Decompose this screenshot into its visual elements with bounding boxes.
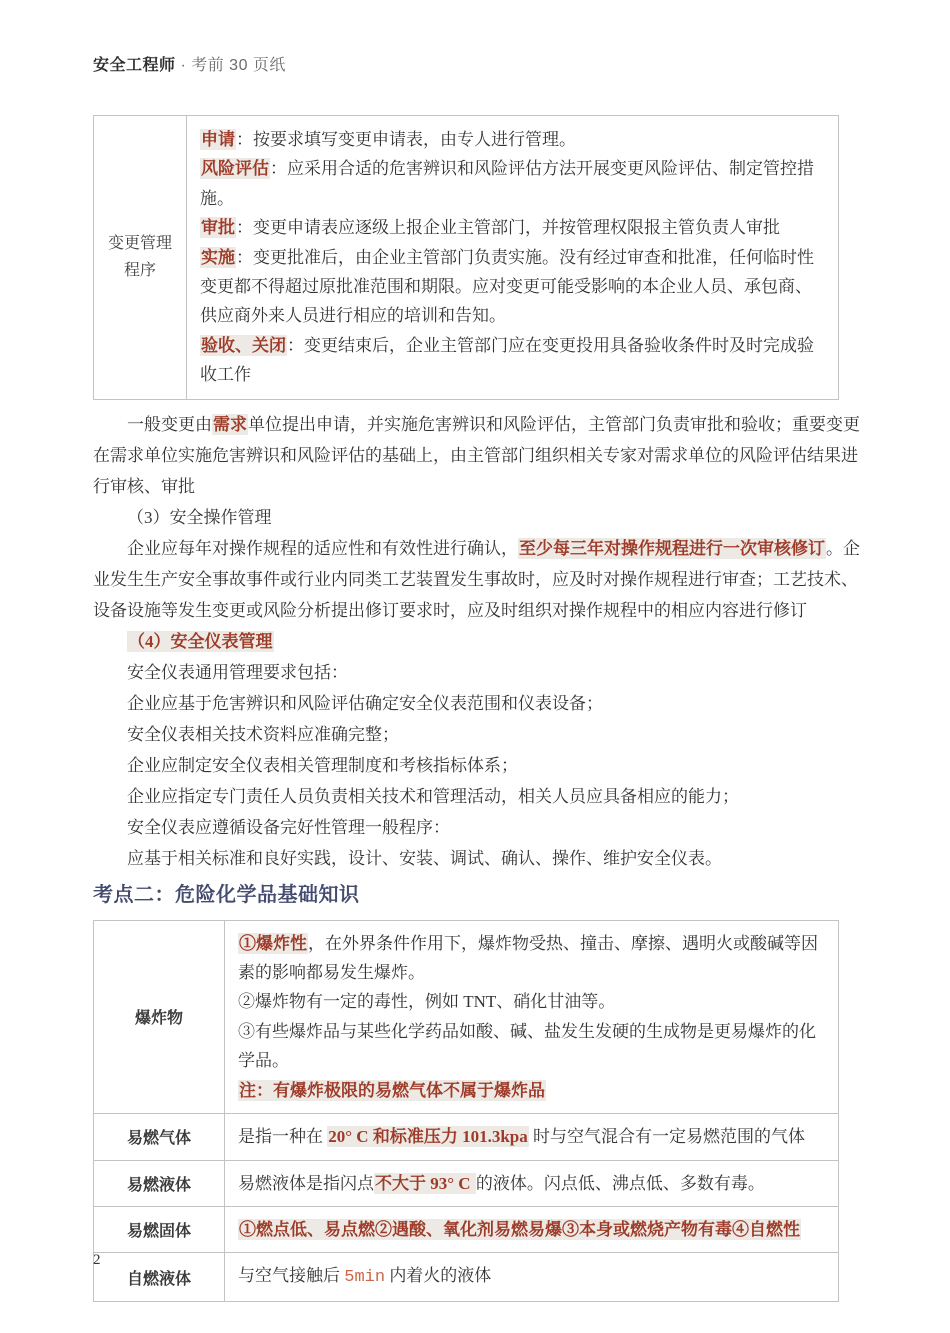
header-brand: 安全工程师 xyxy=(93,57,176,74)
paragraph-section3-title: （3）安全操作管理 xyxy=(93,502,860,533)
hazmat-table: 爆炸物 ①爆炸性，在外界条件作用下，爆炸物受热、撞击、摩擦、遇明火或酸碱等因素的… xyxy=(93,920,839,1302)
change-step-risk-assessment: 风险评估：应采用合适的危害辨识和风险评估方法开展变更风险评估、制定管控措施。 xyxy=(200,154,825,213)
row-content-explosives: ①爆炸性，在外界条件作用下，爆炸物受热、撞击、摩擦、遇明火或酸碱等因素的影响都易… xyxy=(225,921,838,1113)
change-step-acceptance-close: 验收、关闭：变更结束后，企业主管部门应在变更投用具备验收条件时及时完成验收工作 xyxy=(200,331,825,390)
row-content-flammable-liquid: 易燃液体是指闪点不大于 93° C 的液体。闪点低、沸点低、多数有毒。 xyxy=(225,1161,838,1206)
row-label-flammable-solid: 易燃固体 xyxy=(94,1207,225,1252)
change-table-label-line2: 程序 xyxy=(124,257,156,284)
change-management-table: 变更管理 程序 申请：按要求填写变更申请表，由专人进行管理。 风险评估：应采用合… xyxy=(93,115,839,400)
table-row-explosives: 爆炸物 ①爆炸性，在外界条件作用下，爆炸物受热、撞击、摩擦、遇明火或酸碱等因素的… xyxy=(94,921,838,1113)
row-content-flammable-gas: 是指一种在 20° C 和标准压力 101.3kpa 时与空气混合有一定易燃范围… xyxy=(225,1114,838,1159)
paragraph-sis-req-6: 应基于相关标准和良好实践，设计、安装、调试、确认、操作、维护安全仪表。 xyxy=(93,843,860,874)
table-row-flammable-solid: 易燃固体 ①燃点低、易点燃②遇酸、氧化剂易燃易爆③本身或燃烧产物有毒④自燃性 xyxy=(94,1206,838,1252)
change-table-label-cell: 变更管理 程序 xyxy=(94,116,187,399)
flammable-liquid-text: 易燃液体是指闪点不大于 93° C 的液体。闪点低、沸点低、多数有毒。 xyxy=(238,1169,765,1198)
change-step-apply: 申请：按要求填写变更申请表，由专人进行管理。 xyxy=(200,125,825,154)
row-label-explosives: 爆炸物 xyxy=(94,921,225,1113)
change-table-label-line1: 变更管理 xyxy=(108,230,172,257)
paragraph-sis-req-1: 企业应基于危害辨识和风险评估确定安全仪表范围和仪表设备； xyxy=(93,688,860,719)
row-label-pyrophoric-liquid: 自燃液体 xyxy=(94,1253,225,1300)
page-content: 安全工程师 · 考前 30 页纸 变更管理 程序 申请：按要求填写变更申请表，由… xyxy=(93,52,860,1302)
section-heading-kaodian2: 考点二：危险化学品基础知识 xyxy=(93,881,860,909)
change-step-implementation: 实施：变更批准后，由企业主管部门负责实施。没有经过审查和批准，任何临时性变更都不… xyxy=(200,243,825,331)
paragraph-general-change: 一般变更由需求单位提出申请，并实施危害辨识和风险评估，主管部门负责审批和验收；重… xyxy=(93,409,860,502)
explosives-point-1: ①爆炸性，在外界条件作用下，爆炸物受热、撞击、摩擦、遇明火或酸碱等因素的影响都易… xyxy=(238,929,825,988)
paragraph-sis-req-2: 安全仪表相关技术资料应准确完整； xyxy=(93,719,860,750)
table-row-flammable-gas: 易燃气体 是指一种在 20° C 和标准压力 101.3kpa 时与空气混合有一… xyxy=(94,1113,838,1159)
pyrophoric-liquid-text: 与空气接触后 5min 内着火的液体 xyxy=(238,1261,491,1292)
row-content-flammable-solid: ①燃点低、易点燃②遇酸、氧化剂易燃易爆③本身或燃烧产物有毒④自燃性 xyxy=(225,1207,838,1252)
paragraph-sis-intro: 安全仪表通用管理要求包括： xyxy=(93,657,860,688)
change-table-content-cell: 申请：按要求填写变更申请表，由专人进行管理。 风险评估：应采用合适的危害辨识和风… xyxy=(187,116,838,399)
row-label-flammable-gas: 易燃气体 xyxy=(94,1114,225,1159)
paragraph-section4-title: （4）安全仪表管理 xyxy=(93,626,860,657)
page-number: 2 xyxy=(93,1252,101,1269)
explosives-point-3: ③有些爆炸品与某些化学药品如酸、碱、盐发生发硬的生成物是更易爆炸的化学品。 xyxy=(238,1017,825,1076)
row-label-flammable-liquid: 易燃液体 xyxy=(94,1161,225,1206)
table-row-flammable-liquid: 易燃液体 易燃液体是指闪点不大于 93° C 的液体。闪点低、沸点低、多数有毒。 xyxy=(94,1160,838,1206)
paragraph-sis-req-4: 企业应指定专门责任人员负责相关技术和管理活动，相关人员应具备相应的能力； xyxy=(93,781,860,812)
flammable-solid-text: ①燃点低、易点燃②遇酸、氧化剂易燃易爆③本身或燃烧产物有毒④自燃性 xyxy=(238,1215,801,1244)
paragraph-sis-req-5: 安全仪表应遵循设备完好性管理一般程序： xyxy=(93,812,860,843)
row-content-pyrophoric-liquid: 与空气接触后 5min 内着火的液体 xyxy=(225,1253,838,1300)
explosives-point-2: ②爆炸物有一定的毒性，例如 TNT、硝化甘油等。 xyxy=(238,987,825,1016)
paragraph-operation-procedures: 企业应每年对操作规程的适应性和有效性进行确认，至少每三年对操作规程进行一次审核修… xyxy=(93,533,860,626)
explosives-note: 注：有爆炸极限的易燃气体不属于爆炸品 xyxy=(238,1076,825,1105)
document-header: 安全工程师 · 考前 30 页纸 xyxy=(93,52,860,75)
document-page: 安全工程师 · 考前 30 页纸 变更管理 程序 申请：按要求填写变更申请表，由… xyxy=(0,0,950,1333)
paragraph-sis-req-3: 企业应制定安全仪表相关管理制度和考核指标体系； xyxy=(93,750,860,781)
header-subtitle: · 考前 30 页纸 xyxy=(176,57,286,74)
flammable-gas-text: 是指一种在 20° C 和标准压力 101.3kpa 时与空气混合有一定易燃范围… xyxy=(238,1122,805,1151)
table-row-pyrophoric-liquid: 自燃液体 与空气接触后 5min 内着火的液体 xyxy=(94,1252,838,1300)
change-step-approval: 审批：变更申请表应逐级上报企业主管部门，并按管理权限报主管负责人审批 xyxy=(200,213,825,242)
